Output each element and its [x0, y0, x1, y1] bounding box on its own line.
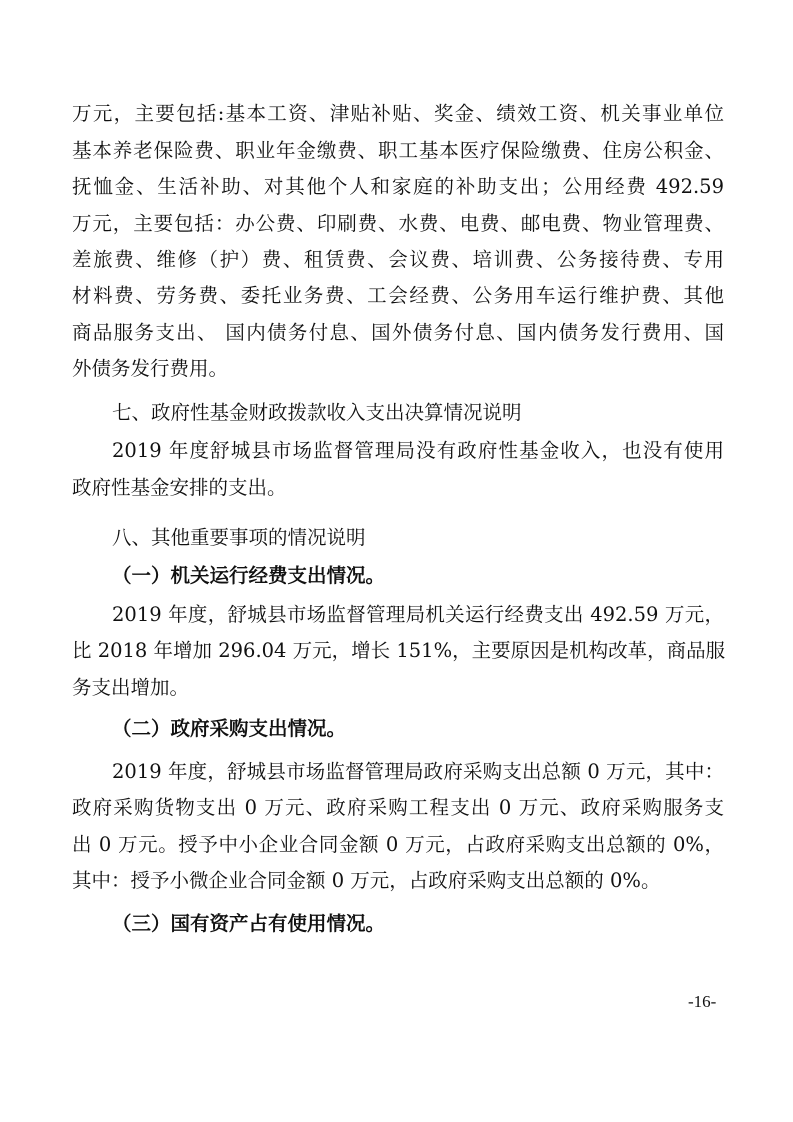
paragraph-line: 外债务发行费用。	[72, 357, 724, 381]
paragraph-line: 比 2018 年增加 296.04 万元，增长 151%，主要原因是机构改革，商…	[72, 639, 724, 663]
section-heading-8: 八、其他重要事项的情况说明	[72, 526, 724, 550]
section-heading-7: 七、政府性基金财政拨款收入支出决算情况说明	[72, 401, 724, 425]
subsection-heading-1: （一）机关运行经费支出情况。	[72, 564, 724, 588]
paragraph-line: 政府采购货物支出 0 万元、政府采购工程支出 0 万元、政府采购服务支	[72, 796, 724, 820]
paragraph-line: 万元，主要包括：办公费、印刷费、水费、电费、邮电费、物业管理费、	[72, 212, 724, 236]
paragraph-line: 基本养老保险费、职业年金缴费、职工基本医疗保险缴费、住房公积金、	[72, 139, 724, 163]
paragraph-line: 差旅费、维修（护）费、租赁费、会议费、培训费、公务接待费、专用	[72, 248, 724, 272]
paragraph-line: 材料费、劳务费、委托业务费、工会经费、公务用车运行维护费、其他	[72, 284, 724, 308]
paragraph-line: 出 0 万元。授予中小企业合同金额 0 万元，占政府采购支出总额的 0%，	[72, 833, 724, 857]
paragraph-line: 抚恤金、生活补助、对其他个人和家庭的补助支出；公用经费 492.59	[72, 175, 724, 199]
paragraph-line: 商品服务支出、 国内债务付息、国外债务付息、国内债务发行费用、国	[72, 321, 724, 345]
subsection-heading-2: （二）政府采购支出情况。	[72, 717, 724, 741]
paragraph-line: 万元，主要包括:基本工资、津贴补贴、奖金、绩效工资、机关事业单位	[72, 102, 724, 126]
paragraph-line: 政府性基金安排的支出。	[72, 476, 724, 500]
subsection-heading-3: （三）国有资产占有使用情况。	[72, 912, 724, 936]
paragraph-line: 务支出增加。	[72, 676, 724, 700]
paragraph-line: 其中：授予小微企业合同金额 0 万元，占政府采购支出总额的 0%。	[72, 869, 724, 893]
paragraph-line: 2019 年度舒城县市场监督管理局没有政府性基金收入，也没有使用	[72, 439, 724, 463]
paragraph-line: 2019 年度，舒城县市场监督管理局机关运行经费支出 492.59 万元，	[72, 603, 724, 627]
page-number: -16-	[688, 992, 716, 1012]
paragraph-line: 2019 年度，舒城县市场监督管理局政府采购支出总额 0 万元，其中：	[72, 760, 724, 784]
